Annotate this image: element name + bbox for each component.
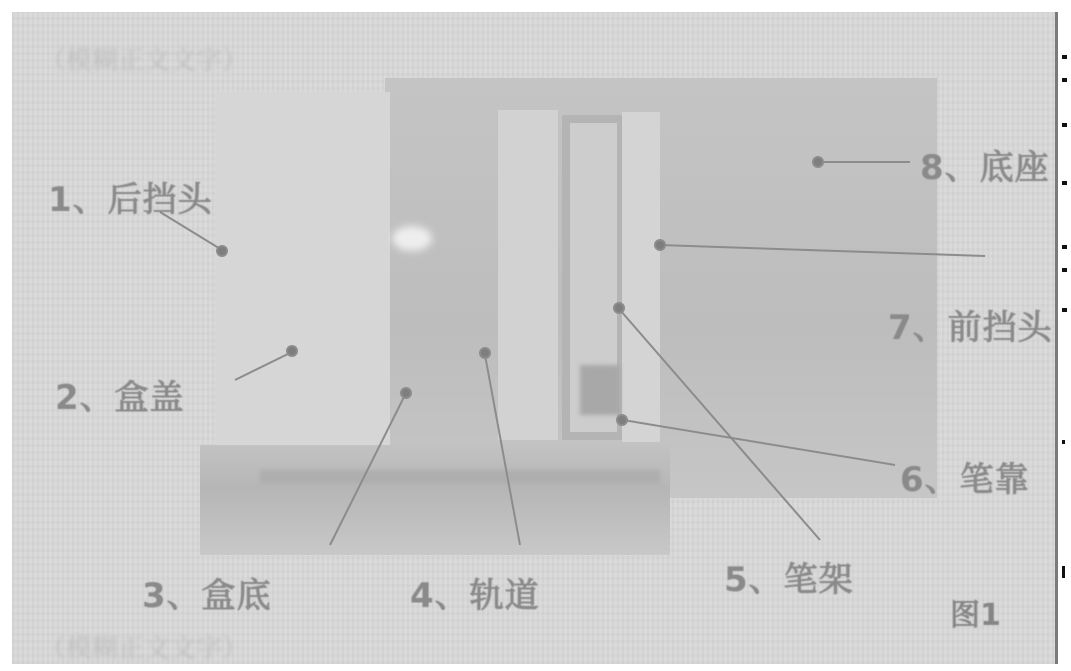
- label-box-lid: 2、盒盖: [55, 370, 185, 419]
- figure-caption: 图1: [950, 590, 1001, 634]
- label-pen-holder: 5、笔架: [724, 552, 854, 601]
- label-box-bottom: 3、盒底: [142, 568, 272, 617]
- label-rear-stop: 1、后挡头: [48, 172, 213, 221]
- label-pen-rest: 6、笔靠: [900, 452, 1030, 501]
- label-front-stop: 7、前挡头: [888, 300, 1053, 349]
- label-base: 8、底座: [920, 140, 1050, 189]
- label-rail: 4、轨道: [410, 568, 540, 617]
